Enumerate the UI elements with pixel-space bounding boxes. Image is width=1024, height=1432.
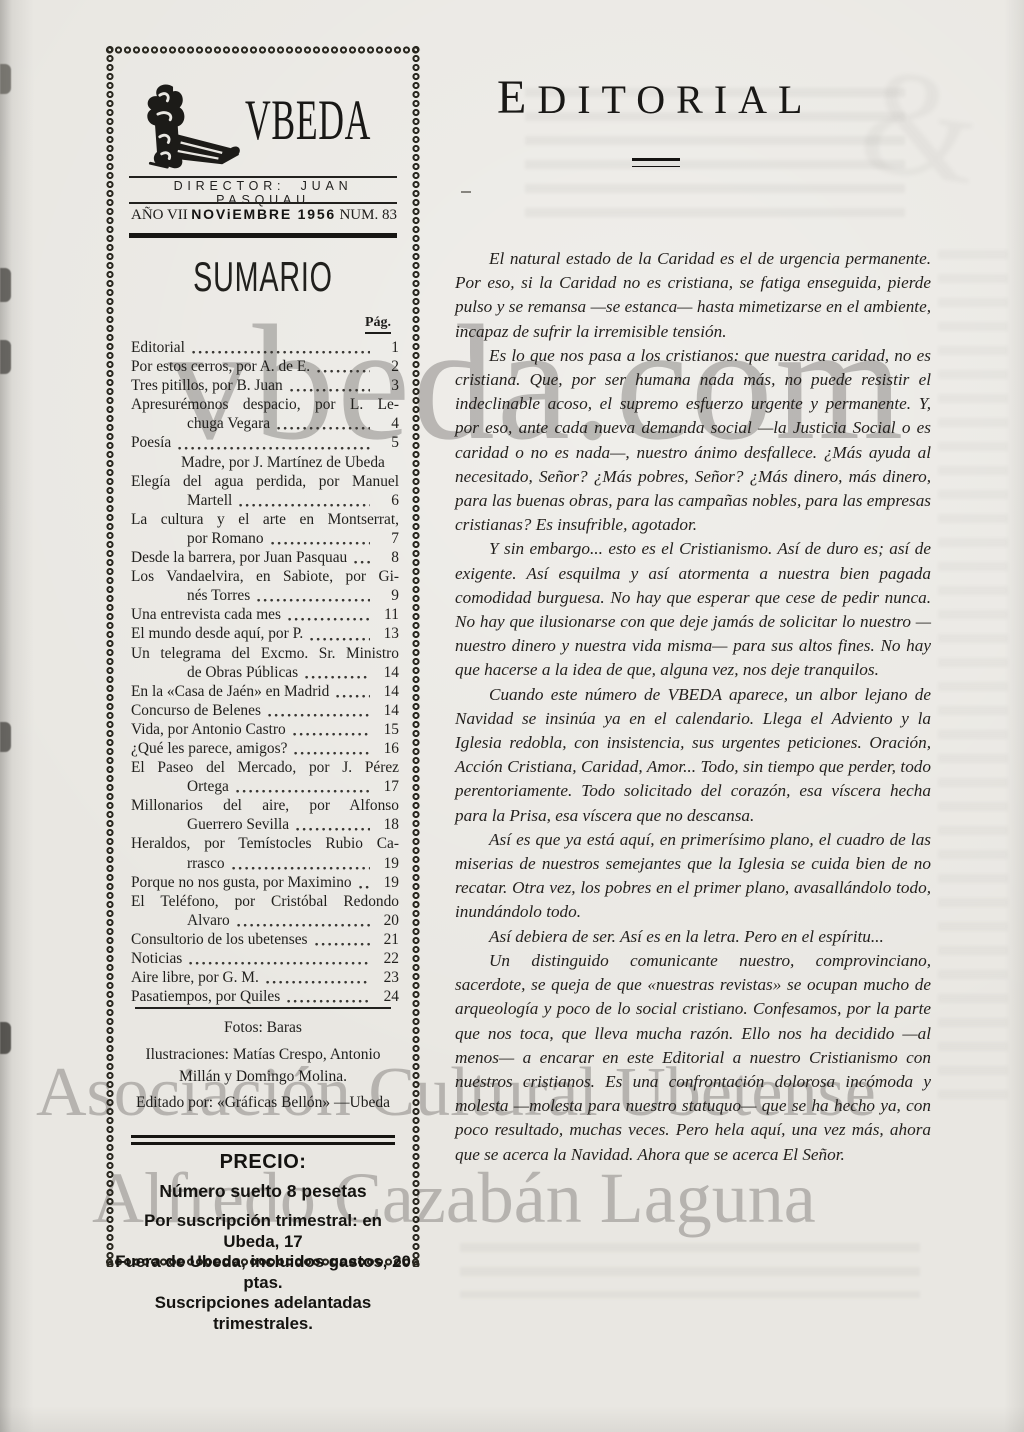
toc-entry-line: El Teléfono, por Cristóbal Redondo — [131, 892, 399, 911]
toc-entry-title: de Obras Públicas — [187, 663, 298, 682]
toc-entry-line: Apresurémonos despacio, por L. Le- — [131, 395, 399, 414]
toc-entry-title: nés Torres — [187, 586, 250, 605]
toc-entry-page: 1 — [373, 338, 399, 357]
toc-entry-page: 13 — [373, 624, 399, 643]
toc-entry-line: Noticias22 — [131, 949, 399, 968]
masthead-number: NUM. 83 — [339, 207, 397, 224]
dotted-leader — [232, 865, 370, 871]
thick-rule — [129, 233, 397, 238]
toc-entry-line: Pasatiempos, por Quiles24 — [131, 987, 399, 1006]
page-edge-mark — [0, 340, 11, 374]
toc-entry-page: 3 — [373, 376, 399, 395]
dotted-leader — [315, 941, 370, 947]
editorial-paragraph: Así es que ya está aquí, en primerísimo … — [455, 828, 931, 925]
toc-entry-line: En la «Casa de Jaén» en Madrid14 — [131, 682, 399, 701]
credits-ilustraciones-line1: Ilustraciones: Matías Crespo, Antonio — [113, 1044, 413, 1066]
dotted-leader — [336, 693, 370, 699]
toc-entry-title: Tres pitillos, por B. Juan — [131, 376, 283, 395]
dotted-leader — [268, 712, 370, 718]
page-edge-mark — [0, 64, 11, 94]
toc-entry-line: El mundo desde aquí, por P.13 — [131, 624, 399, 643]
toc-entry-page: 17 — [373, 777, 399, 796]
toc-entry-line: Por estos cerros, por A. de E.2 — [131, 357, 399, 376]
toc-entry-title: Por estos cerros, por A. de E. — [131, 357, 310, 376]
editorial-paragraph: Y sin embargo... esto es el Cristianismo… — [455, 537, 931, 682]
toc-entry-page: 21 — [373, 930, 399, 949]
dotted-leader — [271, 540, 370, 546]
toc-entry-line: Consultorio de los ubetenses21 — [131, 930, 399, 949]
editorial-body: El natural estado de la Caridad es el de… — [455, 247, 931, 1167]
toc-entry-page: 5 — [373, 433, 399, 452]
toc-entry-page: 15 — [373, 720, 399, 739]
toc-entry-page: 2 — [373, 357, 399, 376]
toc-entry-line: Heraldos, por Temístocles Rubio Ca- — [131, 834, 399, 853]
toc-entry-line: Ortega17 — [131, 777, 399, 796]
toc-entry-title: rrasco — [187, 854, 225, 873]
toc-entry-line: Martell6 — [131, 491, 399, 510]
toc-entry-title: por Romano — [187, 529, 264, 548]
toc-entry-line: Un telegrama del Excmo. Sr. Ministro — [131, 644, 399, 663]
toc-entry-title: chuga Vegara — [187, 414, 270, 433]
dotted-leader — [237, 922, 370, 928]
toc-entry-page: 16 — [373, 739, 399, 758]
dotted-leader — [310, 636, 370, 642]
toc-entry-page: 19 — [373, 854, 399, 873]
credits-fotos: Fotos: Baras — [113, 1019, 413, 1037]
dotted-leader — [287, 998, 370, 1004]
dotted-leader — [317, 368, 370, 374]
toc-entry-title: Noticias — [131, 949, 182, 968]
toc-entry-line: Los Vandaelvira, en Sabiote, por Gi- — [131, 567, 399, 586]
sumario-page-label: Pág. — [365, 315, 391, 334]
toc-entry-page: 20 — [373, 911, 399, 930]
editorial-paragraph: El natural estado de la Caridad es el de… — [455, 247, 931, 344]
masthead-year: AÑO VII — [131, 207, 188, 224]
dotted-leader — [296, 826, 370, 832]
sumario-heading: SUMARIO — [133, 254, 392, 301]
toc-entry-page: 24 — [373, 987, 399, 1006]
toc-entry-title: Consultorio de los ubetenses — [131, 930, 308, 949]
toc-entry-line: Tres pitillos, por B. Juan3 — [131, 376, 399, 395]
toc-entry-page: 6 — [373, 491, 399, 510]
toc-entry-line: Vida, por Antonio Castro15 — [131, 720, 399, 739]
toc-entry-page: 11 — [373, 605, 399, 624]
toc-entry-line: La cultura y el arte en Montserrat, — [131, 510, 399, 529]
masthead-title: VBEDA — [245, 87, 371, 153]
credits-editado: Editado por: «Gráficas Bellón» —Ubeda — [113, 1094, 413, 1112]
toc-entry-title: Madre, por J. Martínez de Ubeda — [181, 453, 385, 472]
toc-entry-page: 4 — [373, 414, 399, 433]
toc-entry-page: 22 — [373, 949, 399, 968]
toc-entry-line: Madre, por J. Martínez de Ubeda — [131, 453, 399, 472]
toc-entry-title: En la «Casa de Jaén» en Madrid — [131, 682, 329, 701]
dotted-leader — [293, 731, 370, 737]
dotted-leader — [305, 674, 370, 680]
toc-entry-title: Vida, por Antonio Castro — [131, 720, 286, 739]
dotted-leader — [277, 425, 370, 431]
toc-entry-line: El Paseo del Mercado, por J. Pérez — [131, 758, 399, 777]
dotted-leader — [288, 616, 370, 622]
page-edge-mark — [0, 268, 11, 302]
credits-block: Fotos: Baras Ilustraciones: Matías Cresp… — [113, 1019, 413, 1112]
precio-block: PRECIO: Número suelto 8 pesetas Por susc… — [115, 1151, 411, 1334]
toc-entry-page: 7 — [373, 529, 399, 548]
toc-entry-title: Editorial — [131, 338, 185, 357]
sumario-entries: Editorial1Por estos cerros, por A. de E.… — [131, 338, 399, 1006]
toc-entry-page: 14 — [373, 663, 399, 682]
masthead-month: NOViEMBRE 1956 — [191, 206, 336, 222]
toc-entry-title: Concurso de Belenes — [131, 701, 261, 720]
toc-entry-title: Guerrero Sevilla — [187, 815, 289, 834]
toc-entry-title: El mundo desde aquí, por P. — [131, 624, 303, 643]
toc-entry-title: Porque no nos gusta, por Maximino — [131, 873, 352, 892]
toc-entry-line: Desde la barrera, por Juan Pasquau8 — [131, 548, 399, 567]
toc-entry-line: de Obras Públicas14 — [131, 663, 399, 682]
dotted-leader — [239, 502, 370, 508]
toc-entry-title: Desde la barrera, por Juan Pasquau — [131, 548, 347, 567]
toc-entry-page: 9 — [373, 586, 399, 605]
toc-entry-line: Elegía del agua perdida, por Manuel — [131, 472, 399, 491]
precio-line3: Suscripciones adelantadas trimestrales. — [115, 1293, 411, 1334]
toc-entry-title: Ortega — [187, 777, 229, 796]
bleed-through-ornament: & — [851, 33, 990, 220]
toc-entry-title: Aire libre, por G. M. — [131, 968, 259, 987]
toc-entry-line: Una entrevista cada mes11 — [131, 605, 399, 624]
toc-entry-line: ¿Qué les parece, amigos?16 — [131, 739, 399, 758]
toc-entry-title: Pasatiempos, por Quiles — [131, 987, 280, 1006]
toc-entry-line: Alvaro20 — [131, 911, 399, 930]
dotted-leader — [236, 788, 370, 794]
dotted-leader — [178, 445, 370, 451]
masthead-ornament-icon — [139, 79, 243, 171]
dotted-leader — [189, 960, 370, 966]
page-edge-mark — [0, 1022, 11, 1054]
editorial-paragraph: Un distinguido comunicante nuestro, comp… — [455, 949, 931, 1167]
precio-suelto: Número suelto 8 pesetas — [115, 1181, 411, 1202]
dotted-leader — [294, 750, 370, 756]
dotted-leader — [354, 559, 370, 565]
toc-entry-line: Poesía5 — [131, 433, 399, 452]
toc-entry-line: Concurso de Belenes14 — [131, 701, 399, 720]
precio-line2: Fuera de Ubeda, incluidos gastos, 20 pta… — [115, 1252, 411, 1293]
toc-entry-page: 14 — [373, 682, 399, 701]
rule — [135, 1007, 391, 1009]
masthead-meta-row: AÑO VII NOViEMBRE 1956 NUM. 83 — [131, 206, 397, 224]
editorial-heading: EDITORIAL — [497, 70, 813, 125]
page-edge-mark — [0, 722, 11, 752]
toc-entry-title: Martell — [187, 491, 232, 510]
toc-entry-title: Poesía — [131, 433, 171, 452]
rule — [129, 202, 397, 204]
dotted-leader — [192, 349, 370, 355]
stray-mark — [461, 191, 471, 193]
credits-ilustraciones-line2: Millán y Domingo Molina. — [113, 1066, 413, 1088]
toc-entry-line: Millonarios del aire, por Alfonso — [131, 796, 399, 815]
precio-heading: PRECIO: — [115, 1151, 411, 1174]
toc-entry-line: por Romano7 — [131, 529, 399, 548]
toc-entry-line: chuga Vegara4 — [131, 414, 399, 433]
dotted-leader — [290, 387, 370, 393]
editorial-paragraph: Es lo que nos pasa a los cristianos: que… — [455, 344, 931, 538]
toc-entry-line: Guerrero Sevilla18 — [131, 815, 399, 834]
rule — [129, 176, 397, 178]
dotted-leader — [266, 979, 370, 985]
toc-entry-page: 23 — [373, 968, 399, 987]
editorial-paragraph: Así debiera de ser. Así es en la letra. … — [455, 925, 931, 949]
bleed-through-smudge — [460, 1243, 920, 1298]
toc-entry-page: 14 — [373, 701, 399, 720]
toc-entry-page: 19 — [373, 873, 399, 892]
sumario-box: VBEDA DIRECTOR: JUAN PASQUAU AÑO VII NOV… — [105, 45, 421, 1267]
toc-entry-page: 18 — [373, 815, 399, 834]
toc-entry-line: nés Torres9 — [131, 586, 399, 605]
toc-entry-page: 8 — [373, 548, 399, 567]
toc-entry-title: ¿Qué les parece, amigos? — [131, 739, 287, 758]
dotted-leader — [257, 597, 370, 603]
double-rule — [131, 1135, 395, 1145]
toc-entry-line: Aire libre, por G. M.23 — [131, 968, 399, 987]
toc-entry-title: Una entrevista cada mes — [131, 605, 281, 624]
precio-line1: Por suscripción trimestral: en Ubeda, 17 — [115, 1211, 411, 1252]
bleed-through-smudge — [938, 250, 1008, 1110]
toc-entry-title: Alvaro — [187, 911, 230, 930]
editorial-heading-rule — [632, 158, 680, 167]
dotted-leader — [359, 884, 370, 890]
chain-border-top — [105, 45, 421, 55]
magazine-page: vbeda.com Asociación Cultural Ubetense A… — [0, 0, 1024, 1432]
toc-entry-line: Porque no nos gusta, por Maximino19 — [131, 873, 399, 892]
toc-entry-line: Editorial1 — [131, 338, 399, 357]
editorial-paragraph: Cuando este número de VBEDA aparece, un … — [455, 683, 931, 828]
toc-entry-line: rrasco19 — [131, 854, 399, 873]
